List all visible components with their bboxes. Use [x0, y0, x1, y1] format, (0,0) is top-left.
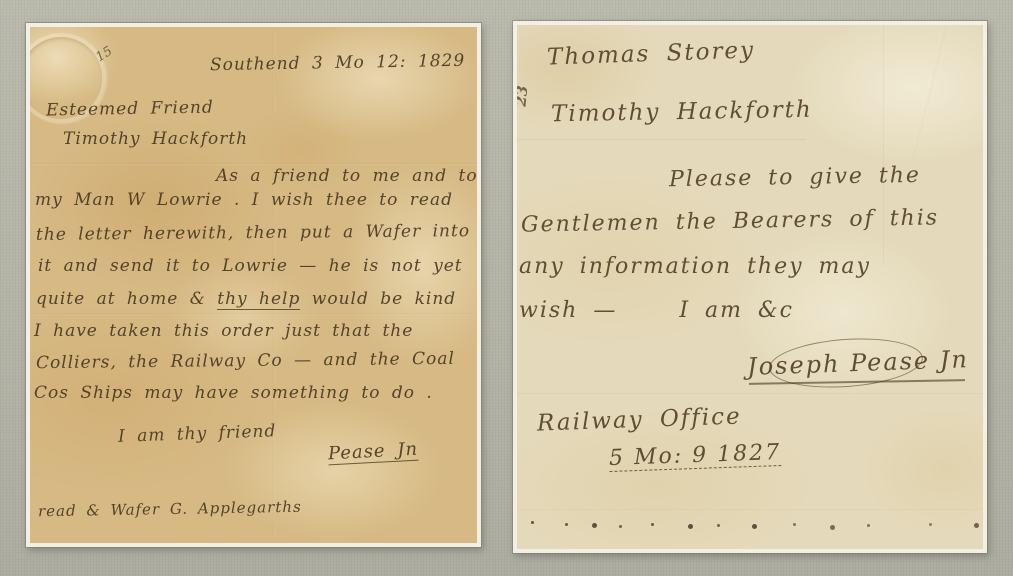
archival-number: 23	[513, 85, 531, 108]
letter-right-paper: 23 Thomas Storey Timothy Hackforth Pleas…	[517, 25, 983, 549]
date-line: 5 Mo: 9 1827	[609, 440, 782, 472]
body-line-underlined: quite at home & thy help would be kind	[36, 289, 456, 309]
wear-spots	[531, 521, 534, 524]
body-line: Colliers, the Railway Co — and the Coal	[36, 349, 455, 373]
fold-crease	[30, 313, 477, 315]
body-text-segment: wish —	[519, 298, 617, 323]
addressee-line-2: Timothy Hackforth	[551, 97, 813, 128]
fold-crease	[913, 21, 951, 159]
addressee-line-1: Thomas Storey	[547, 37, 756, 70]
letter-right: 23 Thomas Storey Timothy Hackforth Pleas…	[513, 21, 987, 553]
fold-crease	[272, 27, 274, 543]
mat-board: 15 Southend 3 Mo 12: 1829 Esteemed Frien…	[0, 0, 1013, 576]
salutation-line-2: Timothy Hackforth	[63, 129, 248, 149]
body-text-segment: quite at home &	[36, 289, 217, 309]
dateline: Southend 3 Mo 12: 1829	[210, 51, 466, 75]
body-line: I have taken this order just that the	[34, 321, 413, 341]
body-text-segment: would be kind	[300, 289, 456, 309]
closing-line: I am thy friend	[118, 421, 277, 447]
body-line-with-closing: wish —I am &c	[519, 298, 794, 323]
underlined-phrase: thy help	[217, 289, 300, 310]
body-line: Cos Ships may have something to do .	[34, 383, 433, 403]
letter-left-paper: 15 Southend 3 Mo 12: 1829 Esteemed Frien…	[30, 27, 477, 543]
docket-note: read & Wafer G. Applegarths	[38, 498, 302, 521]
fold-crease	[517, 393, 983, 395]
body-line: Gentlemen the Bearers of this	[521, 205, 939, 237]
body-line: Please to give the	[669, 163, 921, 192]
body-line: any information they may	[519, 254, 871, 279]
salutation-line-1: Esteemed Friend	[46, 98, 214, 121]
body-line: the letter herewith, then put a Wafer in…	[36, 221, 470, 245]
fold-crease	[517, 509, 983, 511]
fold-crease	[30, 163, 477, 165]
letter-left: 15 Southend 3 Mo 12: 1829 Esteemed Frien…	[26, 23, 481, 547]
body-opening-line: As a friend to me and to	[216, 166, 478, 186]
closing-phrase: I am &c	[679, 298, 794, 323]
fold-crease	[517, 139, 806, 141]
signature: Pease Jn	[327, 439, 418, 466]
body-line: it and send it to Lowrie — he is not yet	[38, 256, 463, 276]
place-line: Railway Office	[537, 403, 743, 436]
body-line: my Man W Lowrie . I wish thee to read	[35, 190, 453, 210]
